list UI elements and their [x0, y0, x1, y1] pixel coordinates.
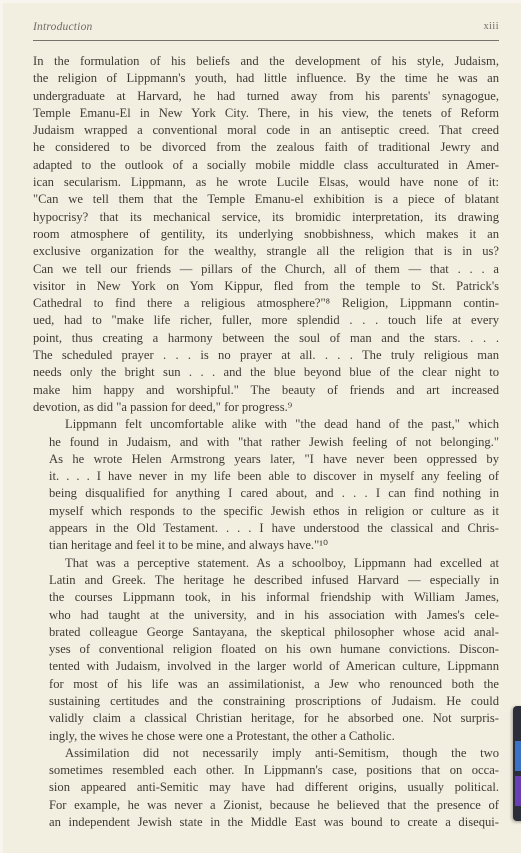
text-line: the courses Lippmann took, in his inform…	[33, 589, 499, 606]
text-line: ued, had to "make life richer, fuller, m…	[33, 312, 499, 329]
running-head: Introduction xiii	[33, 19, 499, 39]
text-line: adapted to the outlook of a socially mob…	[33, 157, 499, 174]
text-line: Latin and Greek. The heritage he describ…	[33, 572, 499, 589]
text-line: sion appeared anti-Semitic may have had …	[33, 779, 499, 796]
text-line: he considered to be divorced from the ze…	[33, 139, 499, 156]
text-line: point, thus creating a harmony between t…	[33, 330, 499, 347]
text-line: tented with Judaism, involved in the lar…	[33, 658, 499, 675]
text-line: it. . . . I have never in my life been a…	[33, 468, 499, 485]
text-line: sometimes resembled each other. In Lippm…	[33, 762, 499, 779]
text-line: undergraduate at Harvard, he had turned …	[33, 88, 499, 105]
text-line: Judaism wrapped a conventional moral cod…	[33, 122, 499, 139]
text-line: In the formulation of his beliefs and th…	[33, 53, 499, 70]
text-line: ingly, the wives he chose were one a Pro…	[33, 728, 499, 745]
side-panel-tab[interactable]	[513, 706, 521, 821]
text-line: he found in Judaism, and with "that rath…	[33, 434, 499, 451]
text-line: "Can we tell them that the Temple Emanu-…	[33, 191, 499, 208]
side-panel-blue-button[interactable]	[515, 741, 521, 771]
text-line: yses of conventional religion floated on…	[33, 641, 499, 658]
paragraph-2: Lippmann felt uncomfortable alike with "…	[33, 416, 499, 554]
text-line: sustaining certitudes and the constraini…	[33, 693, 499, 710]
text-line: exclusive organization for the wealthy, …	[33, 243, 499, 260]
text-line: brated colleague George Santayana, the s…	[33, 624, 499, 641]
book-page: Introduction xiii In the formulation of …	[3, 3, 521, 853]
text-line: Cathedral to find there a religious atmo…	[33, 295, 499, 312]
text-line: appears in the Old Testament. . . . I ha…	[33, 520, 499, 537]
header-rule	[33, 40, 499, 41]
text-line: As he wrote Helen Armstrong years later,…	[33, 451, 499, 468]
text-line: myself which responds to the specific Je…	[33, 503, 499, 520]
text-line: For example, he was never a Zionist, bec…	[33, 797, 499, 814]
text-line: Lippmann felt uncomfortable alike with "…	[33, 416, 499, 433]
text-line: Temple Emanu-El in New York City. There,…	[33, 105, 499, 122]
text-line: an independent Jewish state in the Middl…	[33, 814, 499, 831]
text-line: hypocrisy? that its mechanical service, …	[33, 209, 499, 226]
text-line: ican secularism. Lippmann, as he wrote L…	[33, 174, 499, 191]
text-line: needs only the bright sun . . . and the …	[33, 364, 499, 381]
text-line: Assimilation did not necessarily imply a…	[33, 745, 499, 762]
text-line: being disqualified for anything I cared …	[33, 485, 499, 502]
paragraph-4: Assimilation did not necessarily imply a…	[33, 745, 499, 831]
text-line: The scheduled prayer . . . is no prayer …	[33, 347, 499, 364]
text-line: devotion, as did "a passion for deed," f…	[33, 399, 499, 416]
page-number: xiii	[484, 21, 499, 32]
text-line: visitor in New York on Yom Kippur, fled …	[33, 278, 499, 295]
side-panel-purple-button[interactable]	[515, 776, 521, 806]
text-line: room atmosphere of gentility, its underl…	[33, 226, 499, 243]
paragraph-1: In the formulation of his beliefs and th…	[33, 53, 499, 416]
text-line: Can we tell our friends — pillars of the…	[33, 261, 499, 278]
body-text: In the formulation of his beliefs and th…	[33, 53, 499, 831]
text-line: the religion of Lippmann's youth, had li…	[33, 70, 499, 87]
text-line: who had taught at the university, and in…	[33, 607, 499, 624]
text-line: for most of his life was an assimilation…	[33, 676, 499, 693]
paragraph-3: That was a perceptive statement. As a sc…	[33, 555, 499, 745]
section-title: Introduction	[33, 21, 92, 33]
text-line: tian heritage and feel it to be mine, an…	[33, 537, 499, 554]
text-line: make him happy and worshipful." The beau…	[33, 382, 499, 399]
text-line: That was a perceptive statement. As a sc…	[33, 555, 499, 572]
text-line: validly claim a classical Christian heri…	[33, 710, 499, 727]
